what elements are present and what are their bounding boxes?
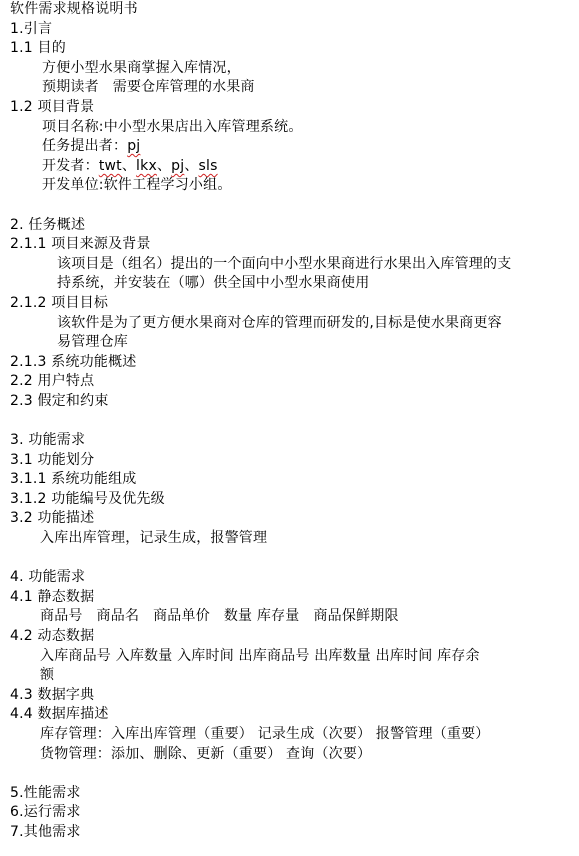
goods-management-line: 货物管理：添加、删除、更新（重要） 查询（次要）	[10, 745, 570, 765]
developer-name: sls	[199, 158, 218, 174]
heading-1-introduction: 1.引言	[10, 20, 570, 40]
heading-4-4-database-description: 4.4 数据库描述	[10, 705, 570, 725]
origin-text-line-2: 持系统，并安装在（哪）供全国中小型水果商使用	[10, 274, 570, 294]
blank-line	[10, 549, 570, 569]
heading-4-1-static-data: 4.1 静态数据	[10, 588, 570, 608]
heading-4-2-dynamic-data: 4.2 动态数据	[10, 627, 570, 647]
developer-separator: 、	[122, 158, 136, 174]
static-data-fields: 商品号 商品名 商品单价 数量 库存量 商品保鲜期限	[10, 607, 570, 627]
developers-line: 开发者：twt、lkx、pj、sls	[10, 157, 570, 177]
heading-1-1-purpose: 1.1 目的	[10, 39, 570, 59]
dynamic-data-fields-line-2: 额	[10, 666, 570, 686]
function-description-text: 入库出库管理，记录生成，报警管理	[10, 529, 570, 549]
heading-2-task-overview: 2. 任务概述	[10, 216, 570, 236]
developer-separator: 、	[157, 158, 171, 174]
heading-4-functional-requirements: 4. 功能需求	[10, 568, 570, 588]
origin-text-line-1: 该项目是（组名）提出的一个面向中小型水果商进行水果出入库管理的支	[10, 255, 570, 275]
document-body[interactable]: 软件需求规格说明书 1.引言 1.1 目的 方便小型水果商掌握入库情况， 预期读…	[10, 0, 570, 843]
developer-name: twt	[99, 158, 122, 174]
heading-2-1-1-origin: 2.1.1 项目来源及背景	[10, 235, 570, 255]
proposer-label: 任务提出者：	[42, 138, 127, 154]
proposer-value: pj	[127, 138, 140, 154]
goal-text-line-2: 易管理仓库	[10, 333, 570, 353]
heading-3-1-2-function-priority: 3.1.2 功能编号及优先级	[10, 490, 570, 510]
blank-line	[10, 764, 570, 784]
heading-7-other: 7.其他需求	[10, 823, 570, 843]
blank-line	[10, 411, 570, 431]
heading-3-functional-requirements: 3. 功能需求	[10, 431, 570, 451]
heading-3-1-function-division: 3.1 功能划分	[10, 451, 570, 471]
inventory-management-line: 库存管理：入库出库管理（重要） 记录生成（次要） 报警管理（重要）	[10, 725, 570, 745]
heading-3-2-function-description: 3.2 功能描述	[10, 509, 570, 529]
heading-2-1-2-goal: 2.1.2 项目目标	[10, 294, 570, 314]
heading-2-1-3-function-overview: 2.1.3 系统功能概述	[10, 353, 570, 373]
heading-2-2-user-features: 2.2 用户特点	[10, 372, 570, 392]
developers-label: 开发者：	[42, 158, 99, 174]
heading-5-performance: 5.性能需求	[10, 784, 570, 804]
developer-name: pj	[171, 158, 184, 174]
proposer-line: 任务提出者：pj	[10, 137, 570, 157]
heading-4-3-data-dictionary: 4.3 数据字典	[10, 686, 570, 706]
dynamic-data-fields-line-1: 入库商品号 入库数量 入库时间 出库商品号 出库数量 出库时间 库存余	[10, 647, 570, 667]
purpose-line-2: 预期读者 需要仓库管理的水果商	[10, 78, 570, 98]
purpose-line-1: 方便小型水果商掌握入库情况，	[10, 59, 570, 79]
developer-name: lkx	[136, 158, 157, 174]
heading-6-operation: 6.运行需求	[10, 803, 570, 823]
goal-text-line-1: 该软件是为了更方便水果商对仓库的管理而研发的,目标是使水果商更容	[10, 314, 570, 334]
blank-line	[10, 196, 570, 216]
heading-1-2-background: 1.2 项目背景	[10, 98, 570, 118]
document-title: 软件需求规格说明书	[10, 0, 570, 20]
heading-3-1-1-function-composition: 3.1.1 系统功能组成	[10, 470, 570, 490]
development-unit-line: 开发单位:软件工程学习小组。	[10, 176, 570, 196]
project-name-line: 项目名称:中小型水果店出入库管理系统。	[10, 118, 570, 138]
heading-2-3-assumptions: 2.3 假定和约束	[10, 392, 570, 412]
developer-separator: 、	[184, 158, 198, 174]
